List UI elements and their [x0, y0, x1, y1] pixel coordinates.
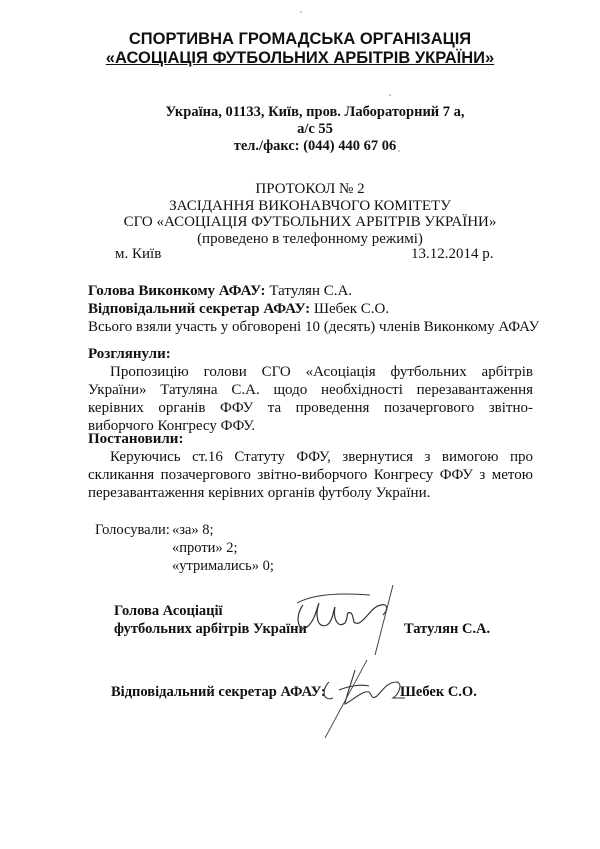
voting-label: Голосували: — [95, 521, 170, 539]
secretary-name: Шебек С.О. — [314, 301, 389, 317]
organization-address: Україна, 01133, Київ, пров. Лабораторний… — [150, 104, 480, 155]
meeting-place: м. Київ — [115, 246, 161, 263]
organization-header: СПОРТИВНА ГРОМАДСЬКА ОРГАНІЗАЦІЯ «АСОЦІА… — [0, 30, 600, 68]
participation-line: Всього взяли участь у обговорені 10 (дес… — [88, 318, 539, 336]
chair-signature-name: Татулян С.А. — [404, 620, 490, 638]
protocol-subtitle: ЗАСІДАННЯ ВИКОНАВЧОГО КОМІТЕТУ — [60, 198, 560, 215]
protocol-mode: (проведено в телефонному режимі) — [60, 231, 560, 248]
vote-against: «проти» 2; — [172, 539, 238, 557]
vote-abstained: «утримались» 0; — [172, 557, 274, 575]
considered-text: Пропозицію голови СГО «Асоціація футболь… — [88, 363, 533, 435]
phone-fax: тел./факс: (044) 440 67 06 — [150, 138, 480, 155]
resolved-text: Керуючись ст.16 Статуту ФФУ, звернутися … — [88, 448, 533, 502]
secretary-line: Відповідальний секретар АФАУ: Шебек С.О. — [88, 300, 389, 318]
address-line1: Україна, 01133, Київ, пров. Лабораторний… — [150, 104, 480, 121]
considered-heading: Розглянули: — [88, 345, 171, 363]
chair-signature-scribble — [275, 585, 415, 655]
secretary-label: Відповідальний секретар АФАУ: — [88, 301, 310, 317]
resolved-heading: Постановили: — [88, 430, 183, 448]
scan-speck — [389, 94, 391, 96]
chair-label: Голова Виконкому АФАУ: — [88, 283, 266, 299]
scan-speck — [398, 150, 400, 152]
org-name-line1: СПОРТИВНА ГРОМАДСЬКА ОРГАНІЗАЦІЯ — [0, 30, 600, 49]
protocol-heading: ПРОТОКОЛ № 2 ЗАСІДАННЯ ВИКОНАВЧОГО КОМІТ… — [60, 181, 560, 247]
vote-for: «за» 8; — [172, 521, 214, 539]
org-name-line2: «АСОЦІАЦІЯ ФУТБОЛЬНИХ АРБІТРІВ УКРАЇНИ» — [0, 49, 600, 68]
protocol-title: ПРОТОКОЛ № 2 — [60, 181, 560, 198]
secretary-signature-title: Відповідальний секретар АФАУ: — [111, 683, 326, 701]
scan-speck — [300, 11, 302, 13]
meeting-date: 13.12.2014 р. — [411, 246, 494, 263]
secretary-signature-scribble — [315, 660, 415, 740]
chair-line: Голова Виконкому АФАУ: Татулян С.А. — [88, 282, 352, 300]
address-line2: а/с 55 — [150, 121, 480, 138]
chair-name: Татулян С.А. — [269, 283, 352, 299]
protocol-org: СГО «АСОЦІАЦІЯ ФУТБОЛЬНИХ АРБІТРІВ УКРАЇ… — [60, 214, 560, 231]
